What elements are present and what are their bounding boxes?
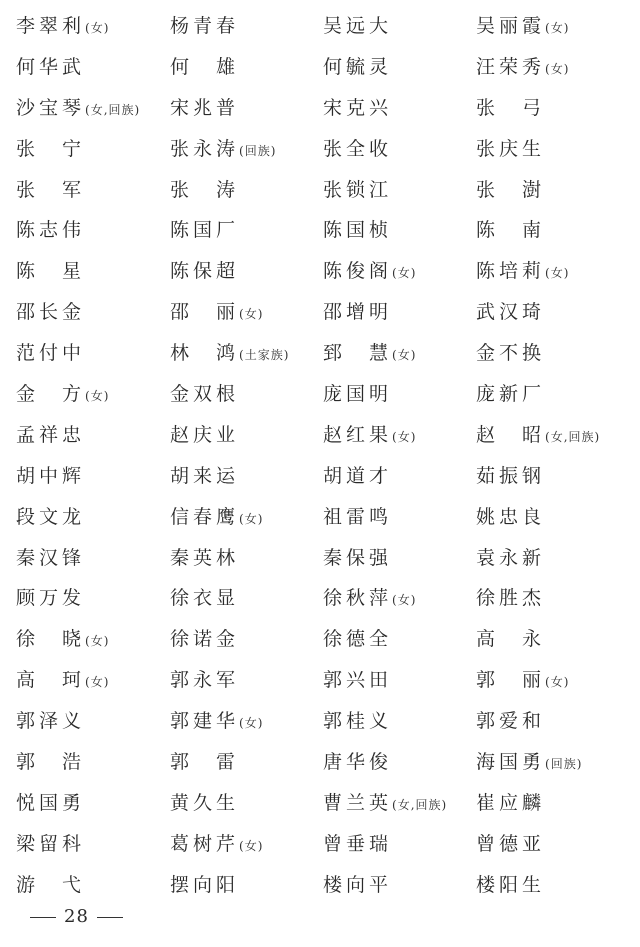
person-name: 崔应麟 <box>476 792 545 814</box>
person-note: (女,回族) <box>392 798 447 812</box>
person-name: 汪荣秀 <box>476 56 545 78</box>
person-note: (女) <box>85 21 109 35</box>
person-name: 赵 昭 <box>476 424 545 446</box>
name-entry: 庞新厂 <box>476 374 545 415</box>
person-name: 郭兴田 <box>323 669 392 691</box>
name-entry: 徐胜杰 <box>476 578 545 619</box>
person-note: (女) <box>392 430 416 444</box>
person-name: 陈志伟 <box>16 219 85 241</box>
name-entry: 胡道才 <box>323 456 392 497</box>
person-name: 胡来运 <box>170 465 239 487</box>
person-name: 郭泽义 <box>16 710 85 732</box>
person-name: 陈国厂 <box>170 219 239 241</box>
person-note: (土家族) <box>239 348 289 362</box>
name-row: 陈志伟陈国厂陈国桢陈 南 <box>0 210 640 251</box>
name-entry: 邵 丽(女) <box>170 292 263 333</box>
name-entry: 张 涛 <box>170 170 239 211</box>
person-note: (女) <box>239 512 263 526</box>
person-name: 高 珂 <box>16 669 85 691</box>
person-name: 何华武 <box>16 56 85 78</box>
person-name: 秦英林 <box>170 547 239 569</box>
person-name: 黄久生 <box>170 792 239 814</box>
name-entry: 悦国勇 <box>16 783 85 824</box>
name-entry: 金不换 <box>476 333 545 374</box>
person-note: (回族) <box>545 757 582 771</box>
person-name: 梁留科 <box>16 833 85 855</box>
name-entry: 郅 慧(女) <box>323 333 416 374</box>
name-row: 梁留科葛树芹(女)曾垂瑞曾德亚 <box>0 824 640 865</box>
person-name: 徐胜杰 <box>476 587 545 609</box>
person-name: 孟祥忠 <box>16 424 85 446</box>
name-entry: 陈志伟 <box>16 210 85 251</box>
name-entry: 陈国厂 <box>170 210 239 251</box>
person-name: 赵红果 <box>323 424 392 446</box>
name-entry: 金双根 <box>170 374 239 415</box>
person-name: 邵 丽 <box>170 301 239 323</box>
person-name: 陈 星 <box>16 260 85 282</box>
name-entry: 邵长金 <box>16 292 85 333</box>
name-row: 胡中辉胡来运胡道才茹振钢 <box>0 456 640 497</box>
name-row: 张 军张 涛张锁江张 澍 <box>0 170 640 211</box>
name-entry: 段文龙 <box>16 497 85 538</box>
name-entry: 陈 南 <box>476 210 545 251</box>
name-row: 郭泽义郭建华(女)郭桂义郭爱和 <box>0 701 640 742</box>
person-name: 宋克兴 <box>323 97 392 119</box>
name-row: 张 宁张永涛(回族)张全收张庆生 <box>0 129 640 170</box>
person-name: 姚忠良 <box>476 506 545 528</box>
name-row: 沙宝琴(女,回族)宋兆普宋克兴张 弓 <box>0 88 640 129</box>
name-entry: 曹兰英(女,回族) <box>323 783 447 824</box>
person-note: (女) <box>85 675 109 689</box>
name-entry: 汪荣秀(女) <box>476 47 569 88</box>
person-note: (女,回族) <box>85 103 140 117</box>
person-name: 张 澍 <box>476 179 545 201</box>
person-name: 楼向平 <box>323 874 392 896</box>
name-entry: 杨青春 <box>170 6 239 47</box>
name-entry: 祖雷鸣 <box>323 497 392 538</box>
name-entry: 郭建华(女) <box>170 701 263 742</box>
name-row: 范付中林 鸿(土家族)郅 慧(女)金不换 <box>0 333 640 374</box>
name-entry: 郭 浩 <box>16 742 85 783</box>
name-entry: 楼阳生 <box>476 865 545 906</box>
name-entry: 崔应麟 <box>476 783 545 824</box>
person-name: 摆向阳 <box>170 874 239 896</box>
person-name: 郭 雷 <box>170 751 239 773</box>
name-row: 段文龙信春鹰(女)祖雷鸣姚忠良 <box>0 497 640 538</box>
name-entry: 顾万发 <box>16 578 85 619</box>
person-name: 林 鸿 <box>170 342 239 364</box>
person-name: 胡道才 <box>323 465 392 487</box>
name-entry: 赵 昭(女,回族) <box>476 415 600 456</box>
person-name: 陈国桢 <box>323 219 392 241</box>
name-entry: 徐 晓(女) <box>16 619 109 660</box>
name-entry: 吴丽霞(女) <box>476 6 569 47</box>
name-entry: 摆向阳 <box>170 865 239 906</box>
name-entry: 高 永 <box>476 619 545 660</box>
person-name: 吴远大 <box>323 15 392 37</box>
person-name: 宋兆普 <box>170 97 239 119</box>
page-footer: 28 <box>22 906 131 927</box>
person-name: 杨青春 <box>170 15 239 37</box>
person-name: 沙宝琴 <box>16 97 85 119</box>
name-row: 顾万发徐衣显徐秋萍(女)徐胜杰 <box>0 578 640 619</box>
person-name: 高 永 <box>476 628 545 650</box>
person-name: 茹振钢 <box>476 465 545 487</box>
name-entry: 武汉琦 <box>476 292 545 333</box>
name-entry: 张 弓 <box>476 88 545 129</box>
name-entry: 胡来运 <box>170 456 239 497</box>
name-row: 李翠利(女)杨青春吴远大吴丽霞(女) <box>0 6 640 47</box>
name-entry: 胡中辉 <box>16 456 85 497</box>
name-entry: 郭 雷 <box>170 742 239 783</box>
person-note: (女,回族) <box>545 430 600 444</box>
name-entry: 张锁江 <box>323 170 392 211</box>
name-entry: 陈国桢 <box>323 210 392 251</box>
person-name: 郭爱和 <box>476 710 545 732</box>
name-entry: 张庆生 <box>476 129 545 170</box>
name-row: 郭 浩郭 雷唐华俊海国勇(回族) <box>0 742 640 783</box>
name-entry: 秦保强 <box>323 538 392 579</box>
name-entry: 高 珂(女) <box>16 660 109 701</box>
name-entry: 张全收 <box>323 129 392 170</box>
person-name: 张永涛 <box>170 138 239 160</box>
name-entry: 张 宁 <box>16 129 85 170</box>
person-note: (女) <box>85 634 109 648</box>
person-name: 曾垂瑞 <box>323 833 392 855</box>
dash-left <box>30 917 56 918</box>
name-entry: 秦汉锋 <box>16 538 85 579</box>
name-entry: 陈保超 <box>170 251 239 292</box>
name-entry: 宋兆普 <box>170 88 239 129</box>
person-note: (女) <box>545 675 569 689</box>
name-entry: 葛树芹(女) <box>170 824 263 865</box>
person-note: (女) <box>239 839 263 853</box>
name-entry: 郭兴田 <box>323 660 392 701</box>
name-entry: 游 弋 <box>16 865 85 906</box>
person-name: 何 雄 <box>170 56 239 78</box>
name-entry: 郭泽义 <box>16 701 85 742</box>
person-name: 郅 慧 <box>323 342 392 364</box>
person-note: (女) <box>85 389 109 403</box>
person-name: 段文龙 <box>16 506 85 528</box>
name-row: 悦国勇黄久生曹兰英(女,回族)崔应麟 <box>0 783 640 824</box>
name-entry: 沙宝琴(女,回族) <box>16 88 140 129</box>
name-entry: 何华武 <box>16 47 85 88</box>
person-name: 郭桂义 <box>323 710 392 732</box>
name-entry: 孟祥忠 <box>16 415 85 456</box>
name-entry: 黄久生 <box>170 783 239 824</box>
person-name: 悦国勇 <box>16 792 85 814</box>
name-entry: 陈培莉(女) <box>476 251 569 292</box>
person-name: 张锁江 <box>323 179 392 201</box>
name-row: 金 方(女)金双根庞国明庞新厂 <box>0 374 640 415</box>
person-name: 张 弓 <box>476 97 545 119</box>
name-entry: 曾德亚 <box>476 824 545 865</box>
name-entry: 何毓灵 <box>323 47 392 88</box>
person-name: 张庆生 <box>476 138 545 160</box>
person-name: 郭永军 <box>170 669 239 691</box>
person-name: 徐 晓 <box>16 628 85 650</box>
person-name: 张 涛 <box>170 179 239 201</box>
name-entry: 徐秋萍(女) <box>323 578 416 619</box>
person-name: 郭 丽 <box>476 669 545 691</box>
person-name: 陈培莉 <box>476 260 545 282</box>
name-row: 高 珂(女)郭永军郭兴田郭 丽(女) <box>0 660 640 701</box>
name-entry: 曾垂瑞 <box>323 824 392 865</box>
name-entry: 吴远大 <box>323 6 392 47</box>
person-name: 徐德全 <box>323 628 392 650</box>
person-name: 邵增明 <box>323 301 392 323</box>
person-note: (女) <box>392 593 416 607</box>
person-name: 胡中辉 <box>16 465 85 487</box>
person-name: 郭建华 <box>170 710 239 732</box>
name-entry: 张 军 <box>16 170 85 211</box>
person-name: 何毓灵 <box>323 56 392 78</box>
person-name: 武汉琦 <box>476 301 545 323</box>
name-entry: 金 方(女) <box>16 374 109 415</box>
name-entry: 陈俊阁(女) <box>323 251 416 292</box>
name-row: 秦汉锋秦英林秦保强袁永新 <box>0 538 640 579</box>
name-entry: 邵增明 <box>323 292 392 333</box>
person-name: 袁永新 <box>476 547 545 569</box>
person-name: 楼阳生 <box>476 874 545 896</box>
person-name: 庞新厂 <box>476 383 545 405</box>
name-row: 徐 晓(女)徐诺金徐德全高 永 <box>0 619 640 660</box>
person-name: 金不换 <box>476 342 545 364</box>
name-entry: 李翠利(女) <box>16 6 109 47</box>
person-note: (回族) <box>239 144 276 158</box>
person-note: (女) <box>239 716 263 730</box>
person-name: 金双根 <box>170 383 239 405</box>
person-name: 信春鹰 <box>170 506 239 528</box>
name-entry: 宋克兴 <box>323 88 392 129</box>
person-name: 唐华俊 <box>323 751 392 773</box>
name-row: 孟祥忠赵庆业赵红果(女)赵 昭(女,回族) <box>0 415 640 456</box>
name-entry: 姚忠良 <box>476 497 545 538</box>
name-entry: 信春鹰(女) <box>170 497 263 538</box>
name-entry: 郭 丽(女) <box>476 660 569 701</box>
name-entry: 徐德全 <box>323 619 392 660</box>
person-name: 顾万发 <box>16 587 85 609</box>
name-entry: 赵庆业 <box>170 415 239 456</box>
person-name: 李翠利 <box>16 15 85 37</box>
name-entry: 林 鸿(土家族) <box>170 333 289 374</box>
person-name: 陈俊阁 <box>323 260 392 282</box>
person-name: 游 弋 <box>16 874 85 896</box>
person-name: 海国勇 <box>476 751 545 773</box>
person-name: 秦保强 <box>323 547 392 569</box>
name-entry: 陈 星 <box>16 251 85 292</box>
person-note: (女) <box>545 21 569 35</box>
person-name: 陈 南 <box>476 219 545 241</box>
document-page: 李翠利(女)杨青春吴远大吴丽霞(女)何华武何 雄何毓灵汪荣秀(女)沙宝琴(女,回… <box>0 0 640 947</box>
person-name: 徐诺金 <box>170 628 239 650</box>
person-name: 秦汉锋 <box>16 547 85 569</box>
name-row: 何华武何 雄何毓灵汪荣秀(女) <box>0 47 640 88</box>
person-name: 张 军 <box>16 179 85 201</box>
name-entry: 秦英林 <box>170 538 239 579</box>
name-list: 李翠利(女)杨青春吴远大吴丽霞(女)何华武何 雄何毓灵汪荣秀(女)沙宝琴(女,回… <box>0 6 640 906</box>
name-entry: 唐华俊 <box>323 742 392 783</box>
name-entry: 徐衣显 <box>170 578 239 619</box>
name-entry: 茹振钢 <box>476 456 545 497</box>
person-name: 张全收 <box>323 138 392 160</box>
person-note: (女) <box>545 62 569 76</box>
person-name: 郭 浩 <box>16 751 85 773</box>
name-entry: 庞国明 <box>323 374 392 415</box>
name-entry: 范付中 <box>16 333 85 374</box>
person-note: (女) <box>392 348 416 362</box>
name-entry: 赵红果(女) <box>323 415 416 456</box>
person-name: 赵庆业 <box>170 424 239 446</box>
person-name: 陈保超 <box>170 260 239 282</box>
name-row: 游 弋摆向阳楼向平楼阳生 <box>0 865 640 906</box>
person-name: 祖雷鸣 <box>323 506 392 528</box>
name-entry: 海国勇(回族) <box>476 742 582 783</box>
name-entry: 张永涛(回族) <box>170 129 276 170</box>
name-entry: 袁永新 <box>476 538 545 579</box>
person-name: 邵长金 <box>16 301 85 323</box>
person-note: (女) <box>545 266 569 280</box>
person-name: 张 宁 <box>16 138 85 160</box>
person-name: 徐衣显 <box>170 587 239 609</box>
person-name: 庞国明 <box>323 383 392 405</box>
person-name: 徐秋萍 <box>323 587 392 609</box>
name-entry: 郭桂义 <box>323 701 392 742</box>
person-name: 曾德亚 <box>476 833 545 855</box>
person-note: (女) <box>392 266 416 280</box>
name-entry: 何 雄 <box>170 47 239 88</box>
name-row: 邵长金邵 丽(女)邵增明武汉琦 <box>0 292 640 333</box>
name-entry: 张 澍 <box>476 170 545 211</box>
person-name: 金 方 <box>16 383 85 405</box>
name-entry: 郭爱和 <box>476 701 545 742</box>
person-name: 葛树芹 <box>170 833 239 855</box>
name-entry: 郭永军 <box>170 660 239 701</box>
person-name: 曹兰英 <box>323 792 392 814</box>
name-row: 陈 星陈保超陈俊阁(女)陈培莉(女) <box>0 251 640 292</box>
name-entry: 楼向平 <box>323 865 392 906</box>
person-note: (女) <box>239 307 263 321</box>
dash-right <box>97 917 123 918</box>
person-name: 吴丽霞 <box>476 15 545 37</box>
name-entry: 梁留科 <box>16 824 85 865</box>
name-entry: 徐诺金 <box>170 619 239 660</box>
page-number: 28 <box>64 906 89 927</box>
person-name: 范付中 <box>16 342 85 364</box>
